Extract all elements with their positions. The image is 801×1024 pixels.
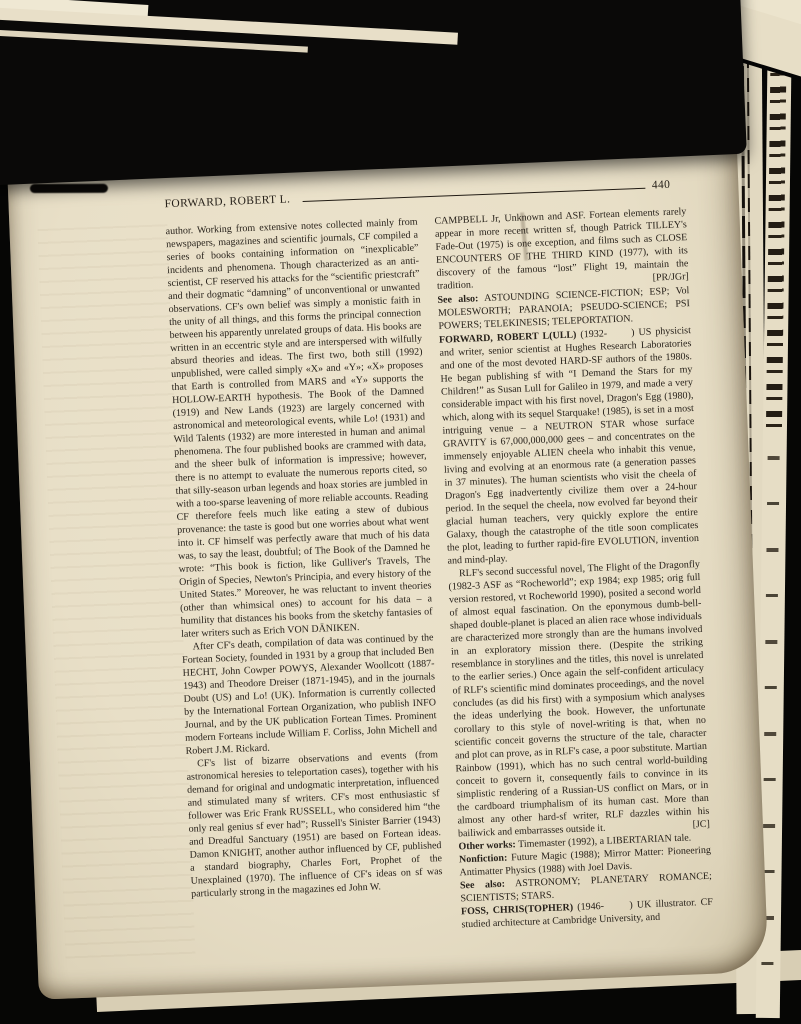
running-header: FORWARD, ROBERT L. 440 [164, 179, 670, 210]
fort-entry-continuation: author. Working from extensive notes col… [165, 216, 433, 641]
other-works-label: Other works: [458, 839, 516, 852]
fort-entry-text: CAMPBELL Jr, Unknown and ASF. Fortean el… [434, 206, 688, 292]
page-number: 440 [652, 179, 671, 192]
author-signature: [PR/JGr] [652, 270, 689, 284]
entry-body: (1932- ) US physicist and writer, senior… [439, 325, 699, 567]
fort-entry-paragraph: CF's list of bizarre observations and ev… [186, 748, 443, 901]
forward-entry: FORWARD, ROBERT L(ULL) (1932- ) US physi… [439, 324, 700, 568]
nonfiction-label: Nonfiction: [459, 853, 508, 866]
fort-entry-continuation: CAMPBELL Jr, Unknown and ASF. Fortean el… [434, 205, 689, 293]
running-title: FORWARD, ROBERT L. [164, 193, 290, 210]
scanned-book-page: FORWARD, ROBERT L. 440 author. Working f… [0, 0, 801, 1024]
see-also-label: See also: [460, 879, 505, 892]
text-columns: author. Working from extensive notes col… [165, 204, 732, 941]
ink-smear [30, 184, 108, 193]
see-also-label: See also: [437, 293, 478, 306]
left-column: author. Working from extensive notes col… [165, 216, 444, 942]
right-column: CAMPBELL Jr, Unknown and ASF. Fortean el… [434, 205, 713, 931]
fort-entry-paragraph: After CF's death, compilation of data wa… [181, 631, 437, 758]
header-rule [302, 188, 645, 202]
forward-entry-paragraph: RLF's second successful novel, The Fligh… [448, 558, 710, 840]
entry-text: RLF's second successful novel, The Fligh… [448, 559, 709, 839]
page-content: FORWARD, ROBERT L. 440 author. Working f… [164, 178, 732, 942]
author-signature: [JC] [681, 818, 710, 832]
